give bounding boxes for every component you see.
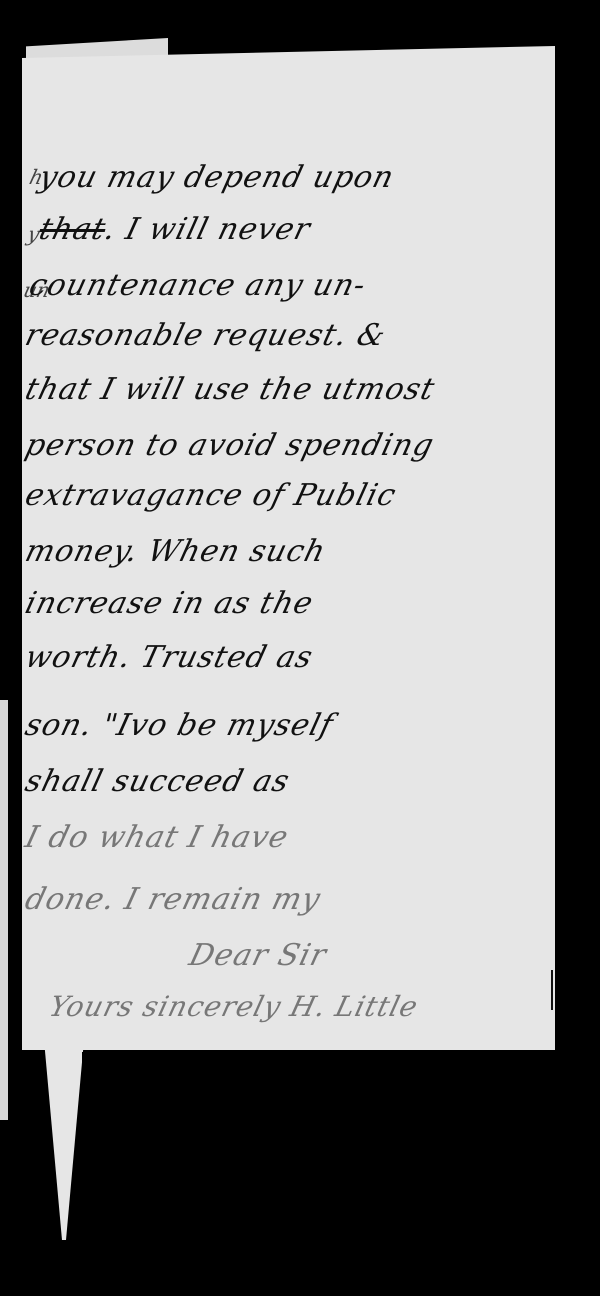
letter-line-7: extravagance of Public <box>22 478 400 513</box>
letter-line-3: countenance any un- <box>26 268 370 303</box>
letter-line-10: worth. Trusted as <box>22 640 317 675</box>
letter-line-1: you may depend upon <box>36 160 398 195</box>
letter-line-11: son. "Ivo be myself <box>22 708 338 743</box>
letter-line-6: person to avoid spending <box>22 428 438 463</box>
letter-line-9: increase in as the <box>22 586 318 621</box>
line-rest: . I will never <box>101 212 314 247</box>
letter-line-8: money. When such <box>22 534 330 569</box>
letter-line-2: that. I will never <box>36 212 315 247</box>
adjacent-page-strip <box>0 700 8 1120</box>
struck-word: that <box>36 212 110 247</box>
letter-line-13: I do what I have <box>22 820 293 855</box>
letter-signature-line: Yours sincerely H. Little <box>46 990 422 1023</box>
black-background-region <box>82 1052 600 1296</box>
letter-line-5: that I will use the utmost <box>22 372 439 407</box>
letter-line-14: done. I remain my <box>22 882 325 917</box>
letter-line-12: shall succeed as <box>22 764 294 799</box>
page-bottom-tail <box>44 1040 84 1240</box>
margin-bracket-mark <box>551 970 553 1010</box>
letter-line-15: Dear Sir <box>186 938 331 973</box>
letter-line-4: reasonable request. & <box>22 318 390 353</box>
